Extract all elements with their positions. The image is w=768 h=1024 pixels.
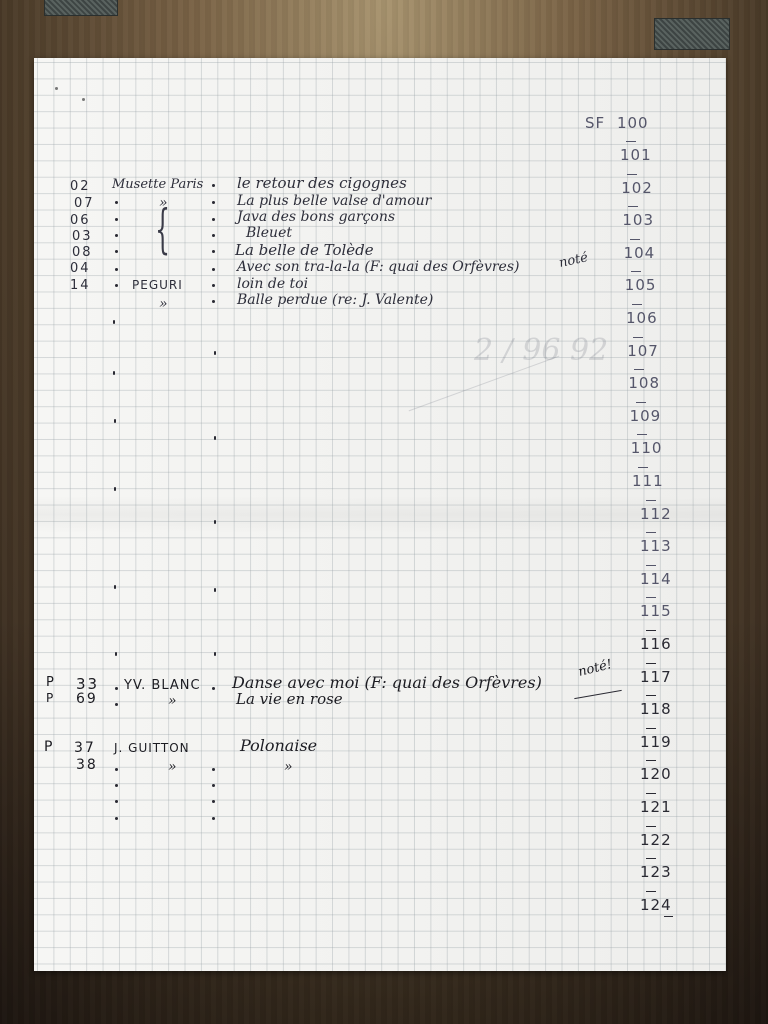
entry-number: 69 xyxy=(76,692,98,706)
entry-number: 38 xyxy=(76,758,98,772)
page-number: 111 xyxy=(632,472,664,490)
entry-artist: » xyxy=(168,694,177,708)
entry-artist: » xyxy=(159,297,168,311)
separator-dot xyxy=(115,703,118,706)
page-number: 114 xyxy=(640,570,672,588)
entry-artist: » xyxy=(168,760,177,774)
separator-dot xyxy=(212,768,215,771)
entry-title: La belle de Tolède xyxy=(235,243,374,258)
entry-artist: Musette Paris xyxy=(112,178,203,191)
squared-paper-sheet: SF 100 101102103104105106107108109110111… xyxy=(34,58,726,971)
page-number: 108 xyxy=(628,374,660,392)
page-number: 102 xyxy=(621,179,653,197)
row-tick xyxy=(114,419,116,423)
page-number: 103 xyxy=(622,211,654,229)
page-number: 116 xyxy=(640,635,672,653)
entry-title: loin de toi xyxy=(237,277,308,291)
separator-dot xyxy=(115,250,118,253)
separator-dot xyxy=(212,800,215,803)
page-number: 106 xyxy=(626,309,658,327)
tape-strip-right xyxy=(654,18,730,50)
separator-dot xyxy=(115,268,118,271)
entry-title: Bleuet xyxy=(246,226,292,240)
separator-dot xyxy=(115,284,118,287)
brace-mark: { xyxy=(155,200,170,260)
page-number: 115 xyxy=(640,602,672,620)
entry-title: Java des bons garçons xyxy=(237,210,395,224)
page-number: 123 xyxy=(640,863,672,881)
entry-title: La plus belle valse d'amour xyxy=(237,194,431,208)
row-tick xyxy=(214,588,216,592)
entry-title: La vie en rose xyxy=(236,692,343,707)
page-number: 117 xyxy=(640,668,672,686)
separator-dot xyxy=(212,250,215,253)
entry-number: 06 xyxy=(70,214,91,227)
separator-dot xyxy=(212,687,215,690)
header-code-text: SF xyxy=(585,114,605,132)
entry-artist: PEGURI xyxy=(132,279,183,291)
entry-artist: YV. BLANC xyxy=(124,679,201,692)
separator-dot xyxy=(212,784,215,787)
entry-title: Polonaise xyxy=(240,738,317,754)
row-tick xyxy=(114,487,116,491)
separator-dot xyxy=(212,201,215,204)
page-number: 121 xyxy=(640,798,672,816)
separator-dot xyxy=(212,284,215,287)
separator-dot xyxy=(115,234,118,237)
separator-dot xyxy=(115,800,118,803)
entry-number: 14 xyxy=(70,279,91,292)
page-number: 112 xyxy=(640,505,672,523)
separator-dot xyxy=(115,817,118,820)
entry-number: 04 xyxy=(70,262,91,275)
row-tick xyxy=(214,520,216,524)
separator-dot xyxy=(212,268,215,271)
entry-title: le retour des cigognes xyxy=(237,176,407,191)
separator-dot xyxy=(212,184,215,187)
entry-artist: J. GUITTON xyxy=(114,742,190,754)
page-number: 119 xyxy=(640,733,672,751)
entry-title: Danse avec moi (F: quai des Orfèvres) xyxy=(232,675,542,691)
row-tick xyxy=(115,652,117,656)
separator-dot xyxy=(212,218,215,221)
page-number: 124 xyxy=(640,896,672,914)
separator-dot xyxy=(212,817,215,820)
entry-number: 07 xyxy=(74,197,95,210)
entry-note: noté xyxy=(558,251,589,270)
row-tick xyxy=(214,436,216,440)
page-number: 104 xyxy=(624,244,656,262)
row-tick xyxy=(214,652,216,656)
row-tick xyxy=(113,371,115,375)
page-number: 122 xyxy=(640,831,672,849)
page-number: 105 xyxy=(625,276,657,294)
separator-dot xyxy=(115,687,118,690)
entry-prefix: P xyxy=(46,692,54,704)
row-tick xyxy=(113,320,115,324)
page-number: 110 xyxy=(631,439,663,457)
entry-note: noté! xyxy=(577,658,613,679)
separator-dot xyxy=(115,201,118,204)
entry-number: 08 xyxy=(72,246,93,259)
header-code: SF 100 xyxy=(585,114,649,132)
row-tick xyxy=(114,585,116,589)
trailing-dash xyxy=(664,916,673,917)
separator-dot xyxy=(115,784,118,787)
page-number: 120 xyxy=(640,765,672,783)
page-number: 113 xyxy=(640,537,672,555)
row-tick xyxy=(214,351,216,355)
entry-title: Balle perdue (re: J. Valente) xyxy=(237,293,433,307)
page-number: 107 xyxy=(627,342,659,360)
entry-number: 33 xyxy=(76,677,99,692)
entry-title: Avec son tra-la-la (F: quai des Orfèvres… xyxy=(237,260,519,274)
entry-number: 02 xyxy=(70,180,91,193)
stray-mark xyxy=(55,87,58,90)
separator-dot xyxy=(115,768,118,771)
entry-prefix: P xyxy=(46,676,55,689)
note-underline xyxy=(574,690,621,699)
separator-dot xyxy=(212,234,215,237)
separator-dot xyxy=(212,300,215,303)
page-number: 109 xyxy=(630,407,662,425)
header-first-number: 100 xyxy=(617,114,649,132)
stray-mark xyxy=(82,98,85,101)
entry-number: 03 xyxy=(72,230,93,243)
entry-number: 37 xyxy=(74,741,96,755)
entry-title: » xyxy=(284,760,293,774)
separator-dot xyxy=(115,218,118,221)
entry-prefix: P xyxy=(44,740,53,754)
tape-strip-left xyxy=(44,0,118,16)
page-number: 118 xyxy=(640,700,672,718)
page-number: 101 xyxy=(620,146,652,164)
